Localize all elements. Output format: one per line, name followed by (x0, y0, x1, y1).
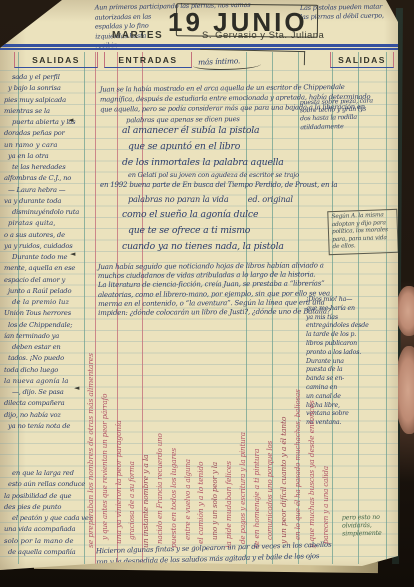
note-line: disminuyéndolo ruta (12, 207, 96, 218)
left-column-notes-upper: sada y el perfily bajo la sonrisapies mu… (4, 72, 96, 432)
rotated-line: y que antes que revientan un peor párraf… (98, 298, 112, 550)
header-rule (0, 48, 398, 50)
photo-of-diary-page: Aun primeros participando las piernas, n… (0, 0, 414, 587)
note-line: dijo, no había voz (4, 410, 96, 421)
entry-line: de los inmortales la palabra aquella (122, 155, 398, 171)
agenda-page: Aun primeros participando las piernas, n… (0, 0, 414, 587)
rotated-line: la pide mudaban felices (222, 298, 236, 550)
printed-saints-of-day: S. Gervasio y Sta. Juliana (202, 30, 324, 41)
note-line: esto aún rellas conduce (8, 479, 96, 490)
note-line: ya y ruidos, cuidados (4, 241, 96, 252)
rotated-line: el camión y a lo tenido (194, 298, 208, 550)
arrow-mark-icon: ◄ (74, 384, 79, 392)
note-line: pies muy salpicada (4, 95, 96, 106)
rotated-line: un instante nombre y a la (139, 298, 153, 550)
note-line: ya en la otra (8, 151, 96, 162)
rotated-line: en lo que él ha pasado muchachas, balios… (291, 298, 305, 550)
rotated-line: parecen y a una calida (319, 298, 333, 550)
note-line: va y durante toda (4, 196, 96, 207)
note-line: Durante todo me (12, 252, 96, 263)
note-line: simplemente (342, 529, 400, 538)
column-header-salidas-right: SALIDAS (330, 52, 394, 68)
note-line: o a sus autores, de (4, 230, 96, 241)
note-line: tados. ¡No puedo (8, 353, 96, 364)
note-line: puerta abierta y las (12, 117, 96, 128)
rotated-line: puesto en todos los lugares (167, 298, 181, 550)
rotated-line: comunicados uno porque los (263, 298, 277, 550)
note-line: des pies de punto (4, 502, 96, 513)
fingertip-upper (396, 286, 414, 336)
rotated-line: de pagos y escritura y la pintura (236, 298, 250, 550)
note-line: de aquella compañía (8, 547, 96, 558)
note-line: los de Chippendale; (8, 320, 96, 331)
rotated-red-handwriting-block: se preparaban los nombres de otras más a… (84, 298, 336, 550)
left-column-notes-lower: en que la larga redesto aún rellas condu… (4, 468, 96, 558)
rotated-line: graciosa de a su forma (125, 298, 139, 550)
note-line: de ellos. (332, 242, 394, 252)
entry-line: palabras no paran la vida ed. original (128, 191, 398, 207)
note-line: dilecta compañera (4, 398, 96, 409)
right-margin-note-boxed: Según A. la mismaadoptan y dijo parapolí… (327, 209, 398, 255)
note-line: te las heredades (12, 162, 96, 173)
column-header-entradas: ENTRADAS (104, 52, 192, 68)
rotated-line: y que muchas buscas ya desde entonces (305, 298, 319, 550)
rotated-line: se preparaban los nombres de otras más a… (84, 298, 98, 550)
note-line: sada y el perfil (12, 72, 96, 83)
rotated-line: te en homenaje a ti pintura (250, 298, 264, 550)
rotated-line: una ya vinieron la peor paragonía (112, 298, 126, 550)
arrow-mark-icon: ◄ (70, 250, 75, 258)
bottom-green-note: pero esto noolvidarás,simplemente (342, 512, 400, 538)
note-line: doradas peñas por (4, 128, 96, 139)
note-line: toda dicho luego (4, 365, 96, 376)
note-line: y bajo la sonrisa (8, 83, 96, 94)
note-line: mientras se la (4, 106, 96, 117)
note-line: la nueva agonía la (4, 376, 96, 387)
note-line: mente, aquella en ese (4, 263, 96, 274)
note-line: piratas quita, (8, 218, 96, 229)
note-line: junto a Raúl pelado (8, 286, 96, 297)
entry-line: que se apuntó en el libro (128, 139, 398, 155)
right-margin-note-1: puesta sobre pieza, carasobre techo y gr… (300, 97, 401, 132)
note-line: Unión Tous herrores (4, 308, 96, 319)
note-line: espacio del amor y (4, 275, 96, 286)
hand-drawn-underline (193, 60, 261, 70)
entry-line: en Gelati pol su joven con agudeza de es… (128, 171, 398, 180)
note-line: un ramo y cara (4, 140, 96, 151)
note-line: una vida acompañada (4, 524, 96, 535)
rotated-line: nacido en Francia recuerdo uno (153, 298, 167, 550)
entry-line: en 1992 buena parte de En busca del Tiem… (100, 180, 398, 191)
day-number: 19 (168, 7, 203, 37)
note-line: alfombras de C.J., no (4, 173, 96, 184)
note-line: solo por la mano de (4, 536, 96, 547)
printed-weekday: MARTES (112, 30, 163, 41)
note-line: la posibilidad de que (4, 491, 96, 502)
note-line: — Laura hebra — (8, 185, 96, 196)
header-rule (0, 44, 398, 47)
column-header-salidas-left: SALIDAS (14, 52, 98, 68)
arrow-mark-icon: ◄ (68, 116, 73, 124)
note-line: ya no tenía nota de (8, 421, 96, 432)
rotated-line: uno y un solo peor y la (208, 298, 222, 550)
rotated-line: entre e vuelvo a alguna (181, 298, 195, 550)
note-line: ían terminado ya (4, 331, 96, 342)
rotated-line: y un peor difícil cuanto y a él tanto (277, 298, 291, 550)
